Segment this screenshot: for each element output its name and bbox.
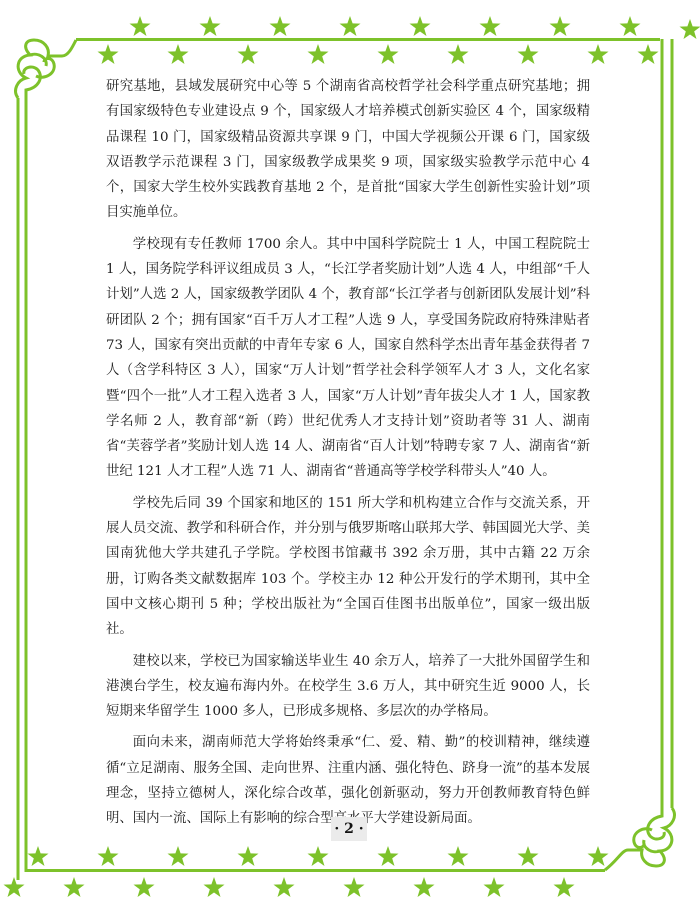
corner-ornament-top-left <box>16 40 76 105</box>
paragraph-students: 建校以来，学校已为国家输送毕业生 40 余万人，培养了一大批外国留学生和港澳台学… <box>106 649 590 725</box>
page-number: · 2 · <box>331 817 367 841</box>
star-row-top-lower <box>98 44 659 64</box>
paragraph-academic-bases: 研究基地，县域发展研究中心等 5 个湖南省高校哲学社会科学重点研究基地；拥有国家… <box>106 74 590 226</box>
star-row-top-upper <box>130 16 700 39</box>
paragraph-international-library: 学校先后同 39 个国家和地区的 151 所大学和机构建立合作与交流关系，开展人… <box>106 491 590 643</box>
corner-ornament-bottom-right <box>605 795 674 870</box>
document-body: 研究基地，县域发展研究中心等 5 个湖南省高校哲学社会科学重点研究基地；拥有国家… <box>106 74 590 838</box>
paragraph-faculty: 学校现有专任教师 1700 余人。其中中国科学院院士 1 人，中国工程院院士 1… <box>106 232 590 485</box>
star-row-bottom-lower <box>4 877 575 897</box>
star-row-bottom-upper <box>28 846 609 866</box>
